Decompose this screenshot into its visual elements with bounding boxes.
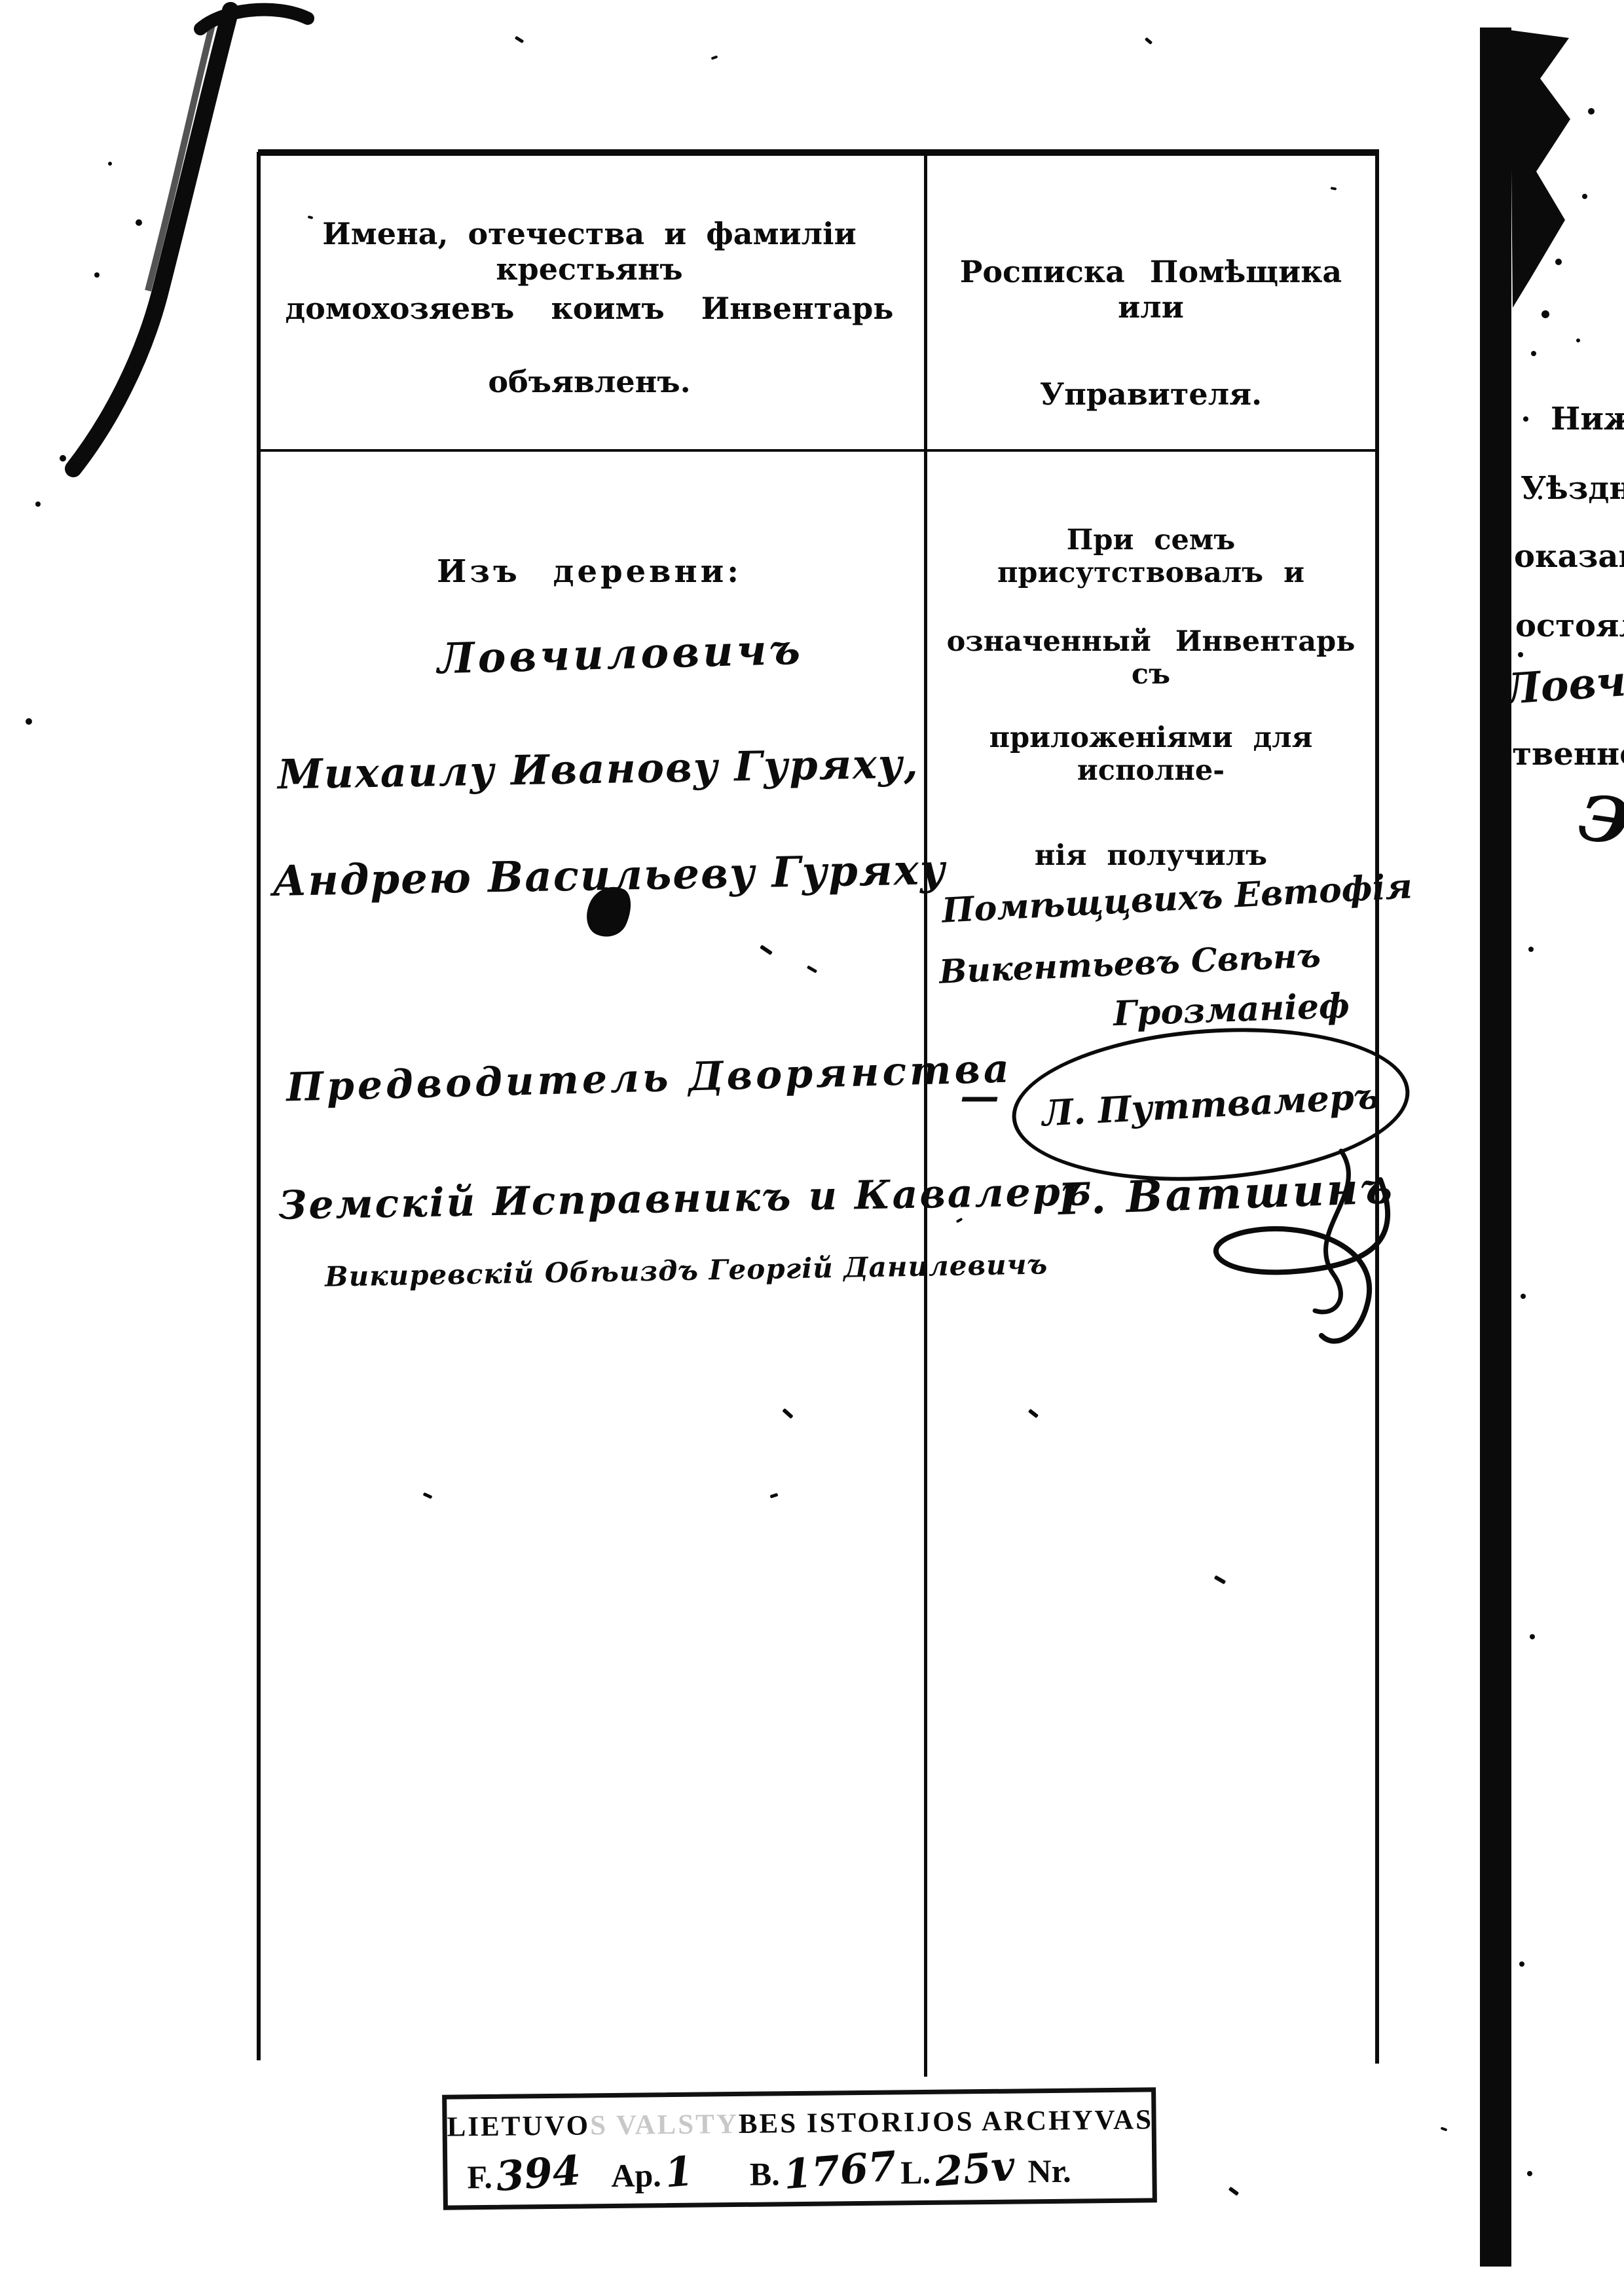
receipt-text-line1: При семъ присутствовалъ и (933, 524, 1369, 589)
left-column-header-line1: Имена, отечества и фамиліи крестьянъ (262, 216, 917, 287)
ink-speck (711, 55, 718, 60)
fond-label: F. (467, 2158, 492, 2196)
receipt-text-line4: нія получилъ (933, 839, 1369, 872)
receipt-signature-line2: Викентьевъ Свѣнъ (938, 936, 1321, 991)
table-top-border (258, 149, 1379, 156)
nr-label: Nr. (1027, 2152, 1071, 2191)
left-fold-streak (73, 10, 231, 469)
receipt-text-line2: означенный Инвентарь съ (933, 625, 1369, 691)
ink-speck (1331, 187, 1337, 191)
ink-speck (1214, 1575, 1227, 1584)
ispravnik-title-handwritten: Земскій Исправникъ и Кавалеръ (278, 1169, 1092, 1229)
lapas-label: L. (900, 2153, 931, 2191)
ink-speck (807, 965, 817, 973)
left-column-header-line2: домохозяевъ коимъ Инвентарь (262, 291, 917, 326)
ink-speck (760, 945, 773, 955)
fond-value-handwritten: 394 (494, 2146, 583, 2200)
ink-speck (1145, 37, 1153, 45)
archive-stamp-reference: F. 394 Ap. 1 B. 1767 L. 25v Nr. (467, 2143, 1129, 2198)
margin-fragment-5: Ловчи (1502, 655, 1624, 714)
apyrasas-value-handwritten: 1 (663, 2147, 695, 2196)
margin-fragment-1: Ниж (1551, 401, 1624, 437)
lapas-value-handwritten: 25v (932, 2141, 1016, 2196)
ink-speck (1441, 2126, 1448, 2131)
stamp-title-seg2-faded: S VALSTY (590, 2109, 739, 2141)
marshal-signature: Л. Путтвамеръ (1041, 1075, 1381, 1135)
margin-fragment-7: Э (1575, 780, 1624, 860)
marshal-dash: — (960, 1074, 999, 1120)
ink-speck (423, 1492, 433, 1499)
ink-speck (782, 1408, 793, 1419)
scan-artifacts (0, 0, 1624, 2296)
right-binding-band (1480, 27, 1511, 2267)
right-column-header-line1: Росписка Помѣщика или (933, 254, 1369, 325)
ink-speck (515, 36, 525, 44)
village-subheader: Изъ деревни: (262, 553, 917, 590)
ink-speck (956, 1218, 963, 1223)
margin-fragment-2: Уѣздно (1521, 470, 1624, 507)
archive-stamp-title: LIETUVOS VALSTYBES ISTORIJOS ARCHYVAS (447, 2104, 1151, 2143)
table-header-divider (257, 449, 1378, 452)
margin-fragment-3: оказан (1514, 538, 1624, 575)
clerk-line-handwritten: Викиревскій Обѣиздъ Георгій Данилевичъ (325, 1248, 1048, 1292)
ink-speck (1228, 2187, 1239, 2196)
ink-speck (770, 1493, 779, 1498)
stamp-title-seg3: BES ISTORIJOS ARCHYVAS (739, 2104, 1154, 2140)
receipt-signature-line1: Помѣщцвихъ Евтофія (941, 866, 1413, 931)
peasant-name-line1: Михаилу Иванову Гуряху, (277, 739, 919, 798)
ink-speck (1028, 1409, 1039, 1419)
scanned-document-page: Имена, отечества и фамиліи крестьянъ дом… (0, 0, 1624, 2296)
marshal-title-handwritten: Предводитель Дворянства (286, 1046, 1012, 1110)
margin-fragment-6: ственно (1493, 736, 1624, 773)
ispravnik-signature: Г. Ватшинъ (1058, 1162, 1395, 1225)
byla-value-handwritten: 1767 (782, 2142, 898, 2199)
right-column-header-line2: Управителя. (933, 376, 1369, 412)
margin-fragment-4: остоял (1515, 608, 1624, 644)
table-center-divider (924, 152, 927, 2077)
apyrasas-label: Ap. (611, 2156, 661, 2195)
receipt-text-line3: приложеніями для исполне- (933, 721, 1369, 787)
village-name-handwritten: Ловчиловичъ (437, 625, 804, 684)
archive-stamp: LIETUVOS VALSTYBES ISTORIJOS ARCHYVAS F.… (442, 2087, 1157, 2210)
table-left-border (257, 152, 261, 2060)
receipt-signature-line3: Грозманіеф (1113, 986, 1350, 1034)
left-column-header-line3: объявленъ. (262, 364, 917, 399)
byla-label: B. (750, 2155, 780, 2193)
stamp-title-seg1: LIETUVO (447, 2110, 590, 2142)
